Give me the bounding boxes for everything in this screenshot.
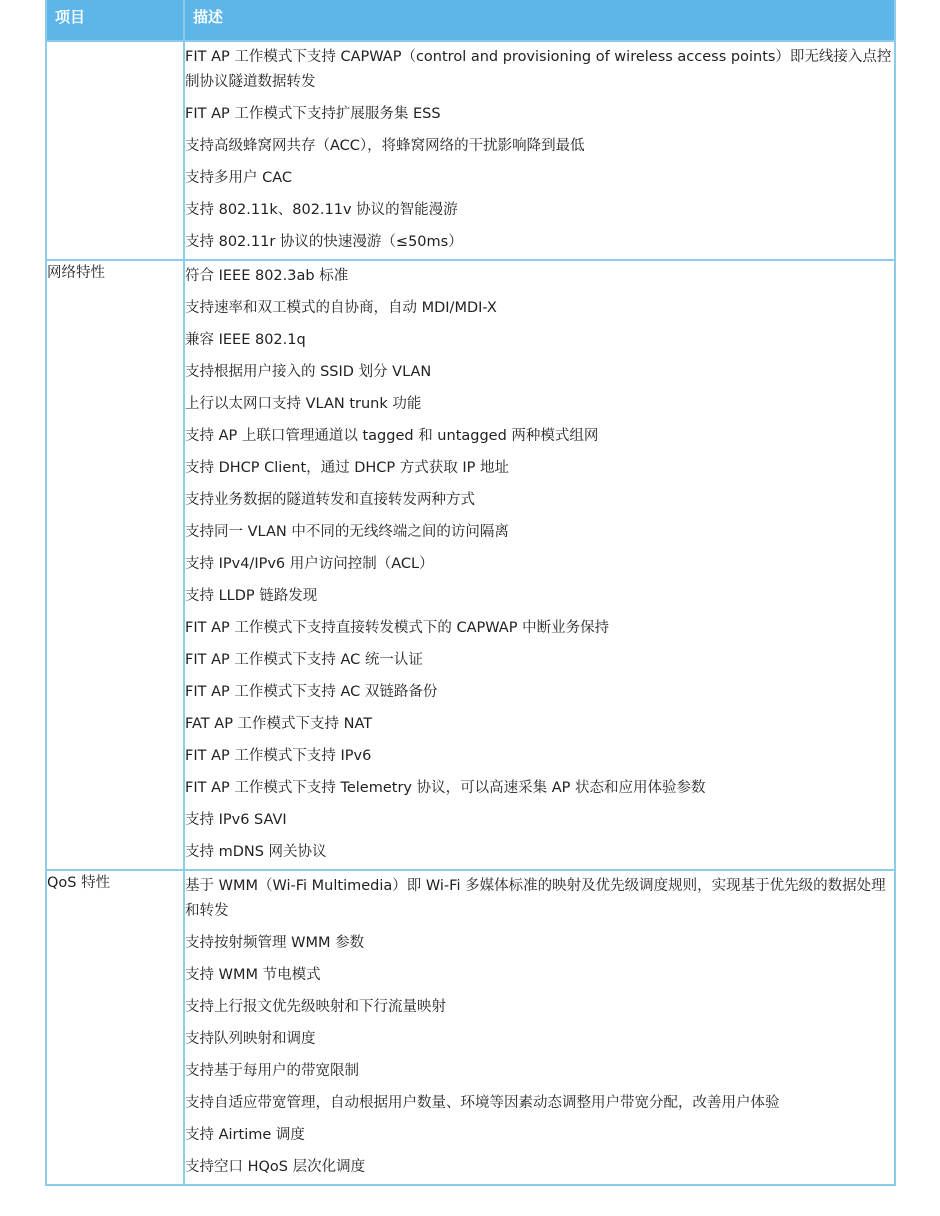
feature-item: FIT AP 工作模式下支持扩展服务集 ESS	[185, 99, 894, 131]
feature-item: 支持 DHCP Client，通过 DHCP 方式获取 IP 地址	[185, 453, 894, 485]
feature-item: 支持 Airtime 调度	[185, 1120, 894, 1152]
feature-item: 支持按射频管理 WMM 参数	[185, 928, 894, 960]
feature-item: FIT AP 工作模式下支持 CAPWAP（control and provis…	[185, 42, 894, 99]
table-row: 网络特性符合 IEEE 802.3ab 标准支持速率和双工模式的自协商，自动 M…	[46, 260, 895, 870]
description-cell: 基于 WMM（Wi-Fi Multimedia）即 Wi-Fi 多媒体标准的映射…	[184, 870, 895, 1185]
feature-item: 支持 AP 上联口管理通道以 tagged 和 untagged 两种模式组网	[185, 421, 894, 453]
feature-item: 符合 IEEE 802.3ab 标准	[185, 261, 894, 293]
feature-item: 支持 802.11k、802.11v 协议的智能漫游	[185, 195, 894, 227]
feature-item: 支持多用户 CAC	[185, 163, 894, 195]
feature-item: 兼容 IEEE 802.1q	[185, 325, 894, 357]
feature-item: FIT AP 工作模式下支持直接转发模式下的 CAPWAP 中断业务保持	[185, 613, 894, 645]
feature-item: FIT AP 工作模式下支持 Telemetry 协议，可以高速采集 AP 状态…	[185, 773, 894, 805]
description-cell: FIT AP 工作模式下支持 CAPWAP（control and provis…	[184, 41, 895, 260]
category-cell: QoS 特性	[46, 870, 184, 1185]
spec-table: 项目 描述 FIT AP 工作模式下支持 CAPWAP（control and …	[45, 0, 896, 1186]
feature-item: 支持空口 HQoS 层次化调度	[185, 1152, 894, 1184]
feature-item: 支持同一 VLAN 中不同的无线终端之间的访问隔离	[185, 517, 894, 549]
feature-item: 支持 LLDP 链路发现	[185, 581, 894, 613]
table-header-row: 项目 描述	[46, 0, 895, 41]
feature-item: 基于 WMM（Wi-Fi Multimedia）即 Wi-Fi 多媒体标准的映射…	[185, 871, 894, 928]
table-row: FIT AP 工作模式下支持 CAPWAP（control and provis…	[46, 41, 895, 260]
header-description: 描述	[184, 0, 895, 41]
feature-item: FIT AP 工作模式下支持 IPv6	[185, 741, 894, 773]
feature-item: 支持高级蜂窝网共存（ACC），将蜂窝网络的干扰影响降到最低	[185, 131, 894, 163]
feature-item: 上行以太网口支持 VLAN trunk 功能	[185, 389, 894, 421]
description-cell: 符合 IEEE 802.3ab 标准支持速率和双工模式的自协商，自动 MDI/M…	[184, 260, 895, 870]
feature-item: 支持 WMM 节电模式	[185, 960, 894, 992]
feature-item: 支持根据用户接入的 SSID 划分 VLAN	[185, 357, 894, 389]
feature-item: 支持 mDNS 网关协议	[185, 837, 894, 869]
feature-item: 支持速率和双工模式的自协商，自动 MDI/MDI-X	[185, 293, 894, 325]
category-cell: 网络特性	[46, 260, 184, 870]
feature-item: 支持业务数据的隧道转发和直接转发两种方式	[185, 485, 894, 517]
feature-item: FAT AP 工作模式下支持 NAT	[185, 709, 894, 741]
feature-item: FIT AP 工作模式下支持 AC 统一认证	[185, 645, 894, 677]
table-row: QoS 特性基于 WMM（Wi-Fi Multimedia）即 Wi-Fi 多媒…	[46, 870, 895, 1185]
feature-item: 支持 802.11r 协议的快速漫游（≤50ms）	[185, 227, 894, 259]
feature-item: 支持自适应带宽管理，自动根据用户数量、环境等因素动态调整用户带宽分配，改善用户体…	[185, 1088, 894, 1120]
feature-item: 支持基于每用户的带宽限制	[185, 1056, 894, 1088]
feature-item: FIT AP 工作模式下支持 AC 双链路备份	[185, 677, 894, 709]
feature-item: 支持队列映射和调度	[185, 1024, 894, 1056]
feature-item: 支持上行报文优先级映射和下行流量映射	[185, 992, 894, 1024]
category-cell	[46, 41, 184, 260]
feature-item: 支持 IPv4/IPv6 用户访问控制（ACL）	[185, 549, 894, 581]
header-item: 项目	[46, 0, 184, 41]
feature-item: 支持 IPv6 SAVI	[185, 805, 894, 837]
